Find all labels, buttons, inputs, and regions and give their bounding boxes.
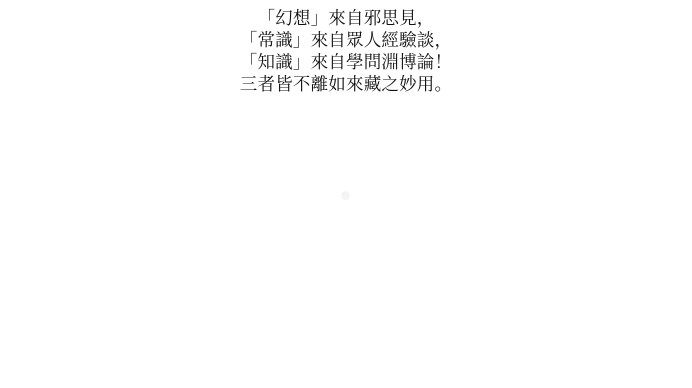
loading-spinner-icon <box>341 191 350 200</box>
verse-line-1: 「幻想」來自邪思見， <box>226 8 466 30</box>
verse-line-2: 「常識」來自眾人經驗談， <box>226 30 466 52</box>
verse-line-4: 三者皆不離如來藏之妙用。 <box>226 74 466 96</box>
verse-line-3: 「知識」來自學問淵博論！ <box>226 52 466 74</box>
verse-text-block: 「幻想」來自邪思見， 「常識」來自眾人經驗談， 「知識」來自學問淵博論！ 三者皆… <box>226 8 466 96</box>
